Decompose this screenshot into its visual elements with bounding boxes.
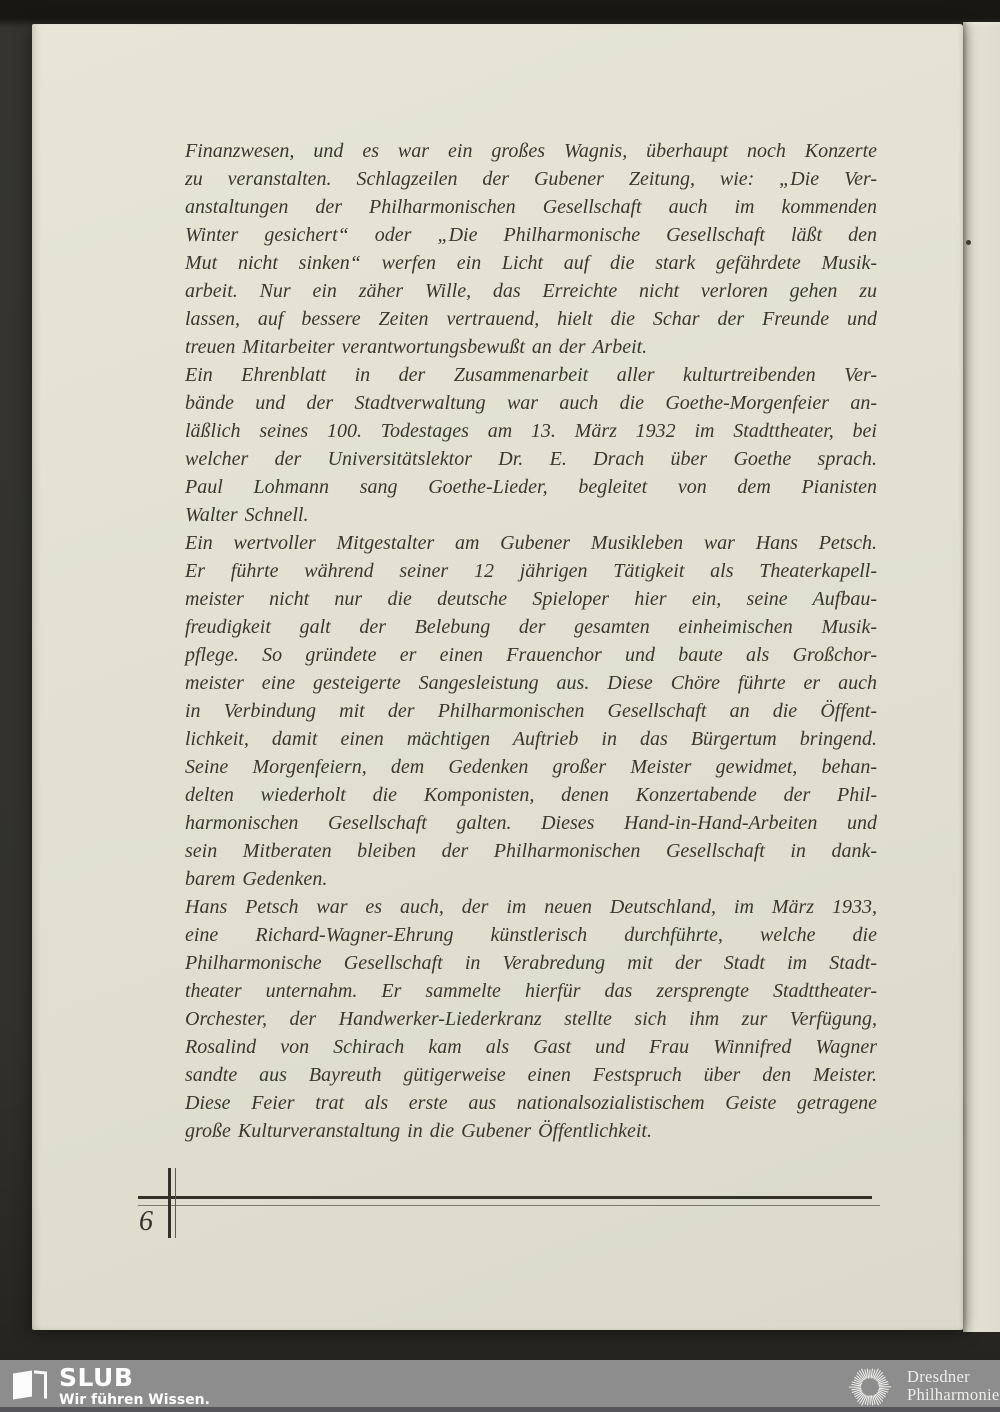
text-line: lassen, auf bessere Zeiten vertrauend, h… xyxy=(185,305,877,333)
dresdner-philharmonie-logo[interactable]: Dresdner Philharmonie xyxy=(842,1360,1000,1407)
text-line: harmonischen Gesellschaft galten. Dieses… xyxy=(185,809,877,837)
text-line: treuen Mitarbeiter verantwortungsbewußt … xyxy=(185,333,877,361)
open-book-icon xyxy=(12,1367,46,1403)
philharmonie-name-line1: Dresdner xyxy=(907,1368,1000,1386)
philharmonie-name-line2: Philharmonie xyxy=(907,1386,1000,1404)
margin-rule-thin xyxy=(175,1168,176,1238)
text-line: delten wiederholt die Komponisten, denen… xyxy=(185,781,877,809)
text-line: Diese Feier trat als erste aus nationals… xyxy=(185,1089,877,1117)
slub-logo[interactable]: SLUB Wir führen Wissen. xyxy=(12,1364,210,1408)
slub-wordmark: SLUB xyxy=(59,1364,210,1391)
scan-speck xyxy=(966,240,971,245)
text-line: sandte aus Bayreuth gütigerweise einen F… xyxy=(185,1061,877,1089)
text-line: barem Gedenken. xyxy=(185,865,877,893)
text-line: Mut nicht sinken“ werfen ein Licht auf d… xyxy=(185,249,877,277)
book-left-page-shape xyxy=(13,1370,32,1399)
book-page-scan[interactable]: Finanzwesen, und es war ein großes Wagni… xyxy=(32,24,963,1330)
text-line: läßlich seines 100. Todestages am 13. Mä… xyxy=(185,417,877,445)
text-line: Philharmonische Gesellschaft in Verabred… xyxy=(185,949,877,977)
text-line: eine Richard-Wagner-Ehrung künstlerisch … xyxy=(185,921,877,949)
book-right-page-shape xyxy=(34,1370,47,1398)
text-line: Seine Morgenfeiern, dem Gedenken großer … xyxy=(185,753,877,781)
text-line: pflege. So gründete er einen Frauenchor … xyxy=(185,641,877,669)
text-line: arbeit. Nur ein zäher Wille, das Erreich… xyxy=(185,277,877,305)
adjacent-page-edge xyxy=(963,22,1000,1332)
margin-rule-thick xyxy=(168,1168,171,1238)
text-line: zu veranstalten. Schlagzeilen der Gubene… xyxy=(185,165,877,193)
text-line: in Verbindung mit der Philharmonischen G… xyxy=(185,697,877,725)
slub-tagline: Wir führen Wissen. xyxy=(59,1392,210,1408)
scan-viewport: Finanzwesen, und es war ein großes Wagni… xyxy=(0,0,1000,1412)
viewer-footer: SLUB Wir führen Wissen. Dresdner Philhar… xyxy=(0,1360,1000,1412)
text-line: Paul Lohmann sang Goethe-Lieder, begleit… xyxy=(185,473,877,501)
text-line: Ein Ehrenblatt in der Zusammenarbeit all… xyxy=(185,361,877,389)
text-line: freudigkeit galt der Belebung der gesamt… xyxy=(185,613,877,641)
text-line: lichkeit, damit einen mächtigen Auftrieb… xyxy=(185,725,877,753)
text-line: meister eine gesteigerte Sangesleistung … xyxy=(185,669,877,697)
text-line: Orchester, der Handwerker-Liederkranz st… xyxy=(185,1005,877,1033)
text-line: anstaltungen der Philharmonischen Gesell… xyxy=(185,193,877,221)
footer-rule-thin xyxy=(138,1205,880,1206)
page-number: 6 xyxy=(139,1206,153,1238)
text-line: Ein wertvoller Mitgestalter am Gubener M… xyxy=(185,529,877,557)
sunburst-spoke xyxy=(869,1396,870,1405)
text-line: große Kulturveranstaltung in die Gubener… xyxy=(185,1117,877,1145)
text-line: theater unternahm. Er sammelte hierfür d… xyxy=(185,977,877,1005)
footer-rule-thick xyxy=(138,1196,872,1199)
text-line: Hans Petsch war es auch, der im neuen De… xyxy=(185,893,877,921)
text-line: Winter gesichert“ oder „Die Philharmonis… xyxy=(185,221,877,249)
text-line: Rosalind von Schirach kam als Gast und F… xyxy=(185,1033,877,1061)
text-line: Walter Schnell. xyxy=(185,501,877,529)
text-line: Finanzwesen, und es war ein großes Wagni… xyxy=(185,137,877,165)
text-line: welcher der Universitätslektor Dr. E. Dr… xyxy=(185,445,877,473)
text-line: Er führte während seiner 12 jährigen Tät… xyxy=(185,557,877,585)
text-line: bände und der Stadtverwaltung war auch d… xyxy=(185,389,877,417)
page-text: Finanzwesen, und es war ein großes Wagni… xyxy=(185,137,877,1145)
sunburst-icon xyxy=(842,1359,898,1412)
text-line: meister nicht nur die deutsche Spieloper… xyxy=(185,585,877,613)
text-line: sein Mitberaten bleiben der Philharmonis… xyxy=(185,837,877,865)
